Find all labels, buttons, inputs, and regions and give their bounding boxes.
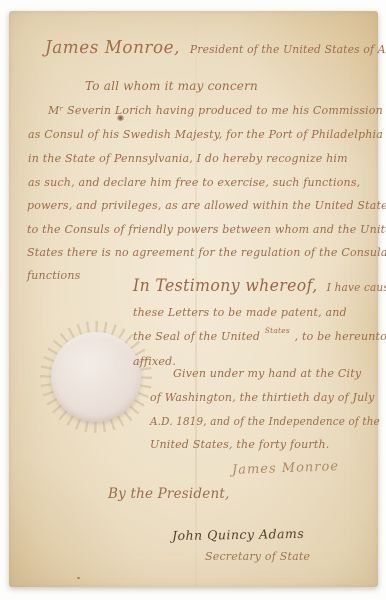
affixed-line: affixed. bbox=[133, 355, 176, 368]
testimony-line: In Testimony whereof, I have caused bbox=[133, 276, 386, 295]
testimony-lead: In Testimony whereof, bbox=[133, 276, 318, 295]
secretary-title: Secretary of State bbox=[205, 550, 310, 563]
president-signature: James Monroe bbox=[232, 459, 339, 478]
body-line-8: functions bbox=[27, 269, 81, 282]
president-name: James Monroe, bbox=[45, 37, 180, 58]
body-line-5: powers, and privileges, as are allowed w… bbox=[27, 199, 386, 212]
inserted-word: States bbox=[265, 326, 290, 335]
embossed-seal bbox=[51, 332, 141, 422]
body-line-7: States there is no agreement for the reg… bbox=[27, 246, 386, 259]
heading-title: President of the United States of Americ… bbox=[190, 42, 386, 56]
dateline-line-1: of Washington, the thirtieth day of July bbox=[150, 391, 375, 404]
photo-background: James Monroe, President of the United St… bbox=[0, 0, 386, 600]
body-line-1: Mʳ Severin Lorich having produced to me … bbox=[48, 104, 383, 117]
paper-speck bbox=[77, 577, 80, 579]
dateline-line-3: United States, the forty fourth. bbox=[150, 438, 329, 451]
body-line-6: to the Consuls of friendly powers betwee… bbox=[27, 223, 386, 236]
document-paper: James Monroe, President of the United St… bbox=[9, 11, 378, 587]
seal-clause-pre: the Seal of the United bbox=[133, 330, 260, 343]
dateline-lead: Given under my hand at the City bbox=[173, 367, 361, 380]
attestation-line: By the President, bbox=[108, 486, 229, 502]
testimony-text: I have caused bbox=[327, 281, 386, 294]
dateline-line-2: A.D. 1819, and of the Independence of th… bbox=[150, 415, 380, 428]
patent-line: these Letters to be made patent, and bbox=[133, 306, 347, 319]
secretary-signature: John Quincy Adams bbox=[172, 526, 304, 543]
seal-clause-post: , to be hereunto bbox=[295, 330, 386, 343]
body-line-3: in the State of Pennsylvania, I do hereb… bbox=[28, 152, 348, 165]
body-line-4: as such, and declare him free to exercis… bbox=[28, 176, 360, 189]
document-heading: James Monroe, President of the United St… bbox=[45, 37, 386, 58]
body-line-2: as Consul of his Swedish Majesty, for th… bbox=[28, 128, 383, 141]
salutation-line: To all whom it may concern bbox=[85, 79, 258, 93]
seal-clause-line: the Seal of the United States , to be he… bbox=[133, 330, 386, 343]
